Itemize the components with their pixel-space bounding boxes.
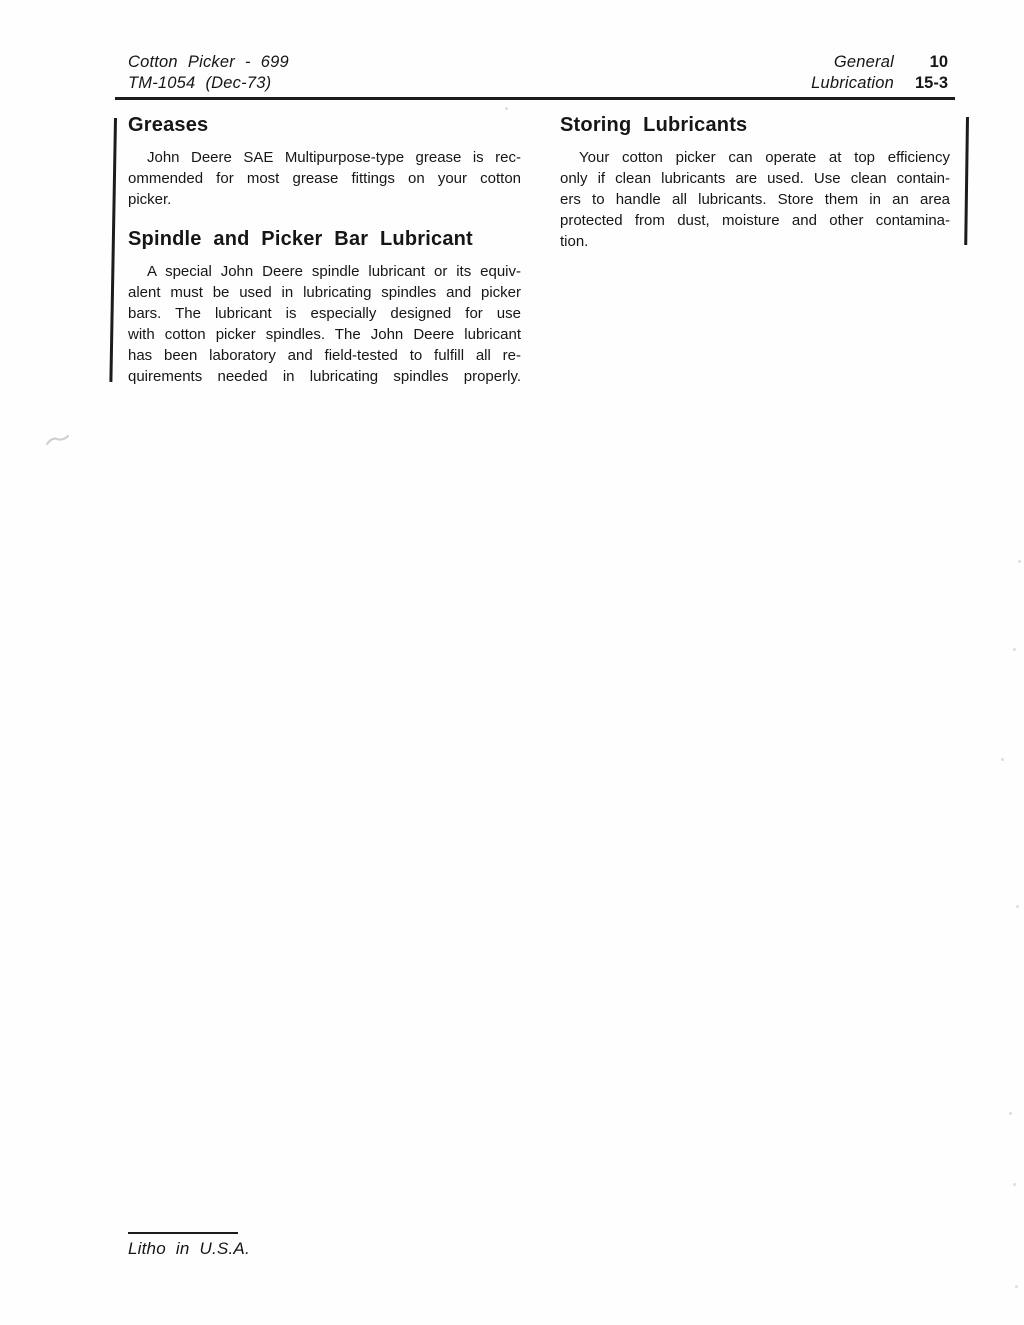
right-column: Storing Lubricants Your cotton picker ca… (560, 113, 950, 252)
change-bar-right (964, 117, 969, 245)
text-line: has been laboratory and field-tested to … (128, 345, 521, 366)
text-line: bars. The lubricant is especially design… (128, 303, 521, 324)
section-storing-lubricants: Storing Lubricants Your cotton picker ca… (560, 113, 950, 252)
scan-speck (1016, 905, 1019, 908)
header-page-number: 15-3 (894, 73, 948, 94)
text-line: A special John Deere spindle lubricant o… (128, 261, 521, 282)
header-group-label: Lubrication (811, 73, 894, 94)
scan-speck (1013, 648, 1016, 651)
pen-mark (44, 428, 74, 450)
scan-speck (1013, 1183, 1016, 1186)
section-heading-spindle-lubricant: Spindle and Picker Bar Lubricant (128, 227, 521, 251)
header-model-line: Cotton Picker - 699 (128, 52, 289, 73)
section-spindle-lubricant: Spindle and Picker Bar Lubricant A speci… (128, 227, 521, 387)
text-line: Your cotton picker can operate at top ef… (560, 147, 950, 168)
left-column: Greases John Deere SAE Multipurpose-type… (128, 113, 521, 387)
text-line: picker. (128, 189, 521, 210)
text-line: ers to handle all lubricants. Store them… (560, 189, 950, 210)
text-line: ommended for most grease fittings on you… (128, 168, 521, 189)
footer-rule (128, 1232, 238, 1234)
header-right-block: General 10 Lubrication 15-3 (811, 52, 948, 94)
scan-speck (1015, 1285, 1018, 1288)
scan-speck (1009, 1112, 1012, 1115)
scan-speck (1001, 758, 1004, 761)
text-line: tion. (560, 231, 950, 252)
litho-notice: Litho in U.S.A. (128, 1239, 250, 1259)
section-heading-storing-lubricants: Storing Lubricants (560, 113, 950, 137)
text-line: quirements needed in lubricating spindle… (128, 366, 521, 387)
header-section-number: 10 (894, 52, 948, 73)
text-line: John Deere SAE Multipurpose-type grease … (128, 147, 521, 168)
header-tm-line: TM-1054 (Dec-73) (128, 73, 289, 94)
section-heading-greases: Greases (128, 113, 521, 137)
text-line: only if clean lubricants are used. Use c… (560, 168, 950, 189)
scan-speck (505, 107, 508, 110)
header-section-label: General (811, 52, 894, 73)
section-greases: Greases John Deere SAE Multipurpose-type… (128, 113, 521, 210)
text-line: with cotton picker spindles. The John De… (128, 324, 521, 345)
scan-speck (1018, 560, 1021, 563)
header-left-block: Cotton Picker - 699 TM-1054 (Dec-73) (128, 52, 289, 94)
manual-page: Cotton Picker - 699 TM-1054 (Dec-73) Gen… (0, 0, 1024, 1325)
change-bar-left (109, 118, 117, 382)
header-rule (115, 97, 955, 100)
text-line: alent must be used in lubricating spindl… (128, 282, 521, 303)
text-line: protected from dust, moisture and other … (560, 210, 950, 231)
